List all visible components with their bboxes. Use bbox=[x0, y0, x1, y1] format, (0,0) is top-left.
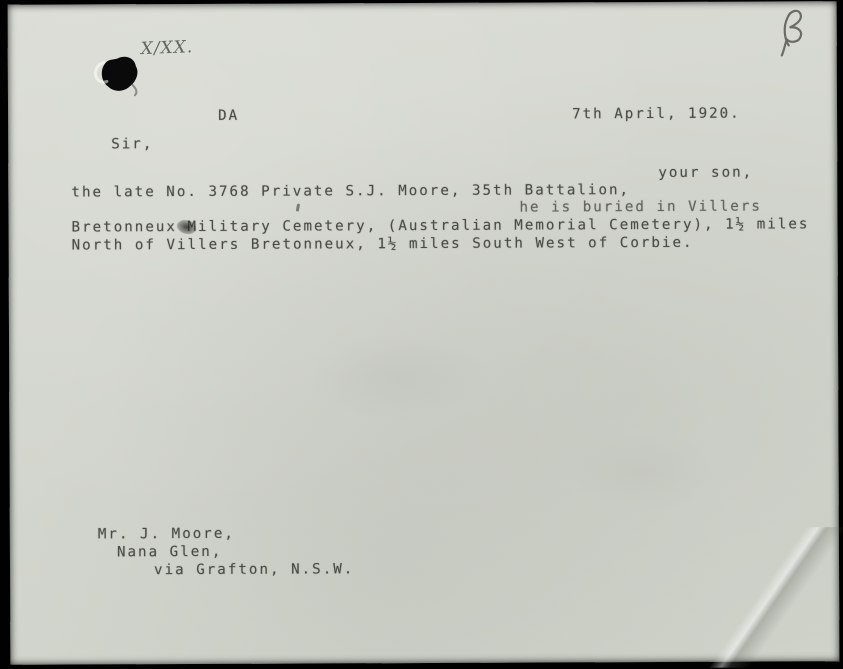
paper-stain bbox=[309, 333, 489, 424]
stray-ink-mark bbox=[296, 203, 300, 211]
body-line: the late No. 3768 Private S.J. Moore, 35… bbox=[71, 182, 630, 200]
recipient-region: via Grafton, N.S.W. bbox=[154, 561, 354, 578]
body-line: your son, bbox=[658, 165, 753, 181]
paper-stain bbox=[569, 432, 719, 513]
document-scan: X/XX. DA 7th April, 1920. Sir, your son,… bbox=[0, 0, 843, 669]
punch-hole bbox=[88, 48, 148, 100]
letter-paper: X/XX. DA 7th April, 1920. Sir, your son,… bbox=[8, 1, 840, 665]
reference-code: DA bbox=[218, 108, 239, 124]
salutation: Sir, bbox=[111, 136, 153, 152]
recipient-name: Mr. J. Moore, bbox=[98, 526, 235, 543]
paper-crease bbox=[669, 527, 843, 668]
body-line: he is buried in Villers bbox=[519, 199, 762, 216]
letter-date: 7th April, 1920. bbox=[572, 106, 741, 123]
handwritten-filing-mark: X/XX. bbox=[140, 37, 193, 59]
pencil-initial-mark bbox=[775, 5, 809, 65]
body-line: North of Villers Bretonneux, 1½ miles So… bbox=[72, 235, 694, 254]
recipient-locality: Nana Glen, bbox=[117, 544, 222, 560]
